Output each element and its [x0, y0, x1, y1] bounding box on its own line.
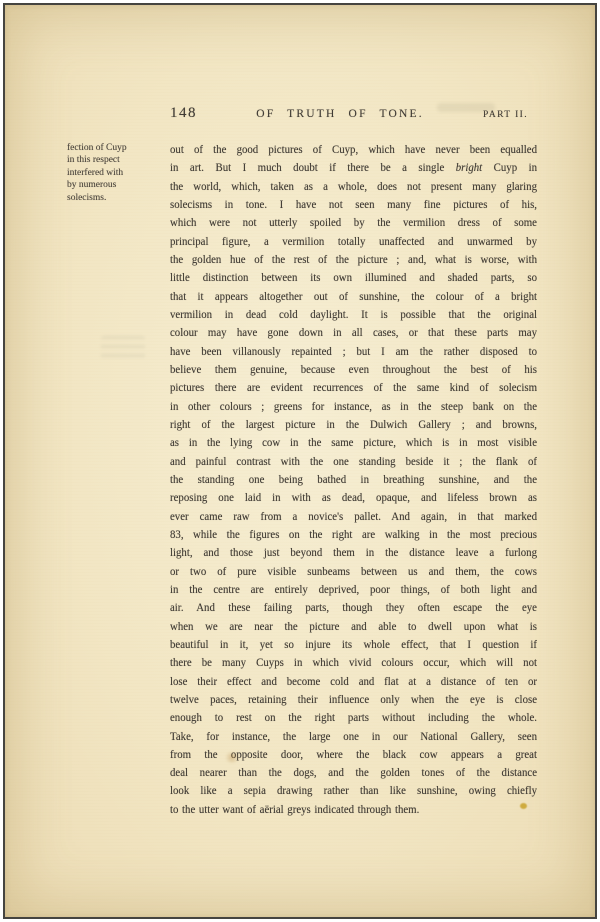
text-line: Take, for instance, the large one in our…	[170, 727, 537, 745]
text-line: right of the largest picture in the Dulw…	[170, 415, 537, 433]
text-line: vermilion in dead cold daylight. It is p…	[170, 305, 537, 323]
ink-showthrough-smudge	[101, 336, 145, 361]
text-line: ever came raw from a novice's pallet. An…	[170, 507, 537, 525]
text-line: or two of pure visible sunbeams between …	[170, 562, 537, 580]
text-line: believe them genuine, because even throu…	[170, 360, 537, 378]
text-line: little distinction between its own illum…	[170, 268, 537, 286]
text-line: light, and those just beyond them in the…	[170, 543, 537, 561]
text-line: and painful contrast with the one standi…	[170, 452, 537, 470]
text-line: lose their effect and become cold and fl…	[170, 672, 537, 690]
text-line: beautiful in it, yet so injure its whole…	[170, 635, 537, 653]
body-text: out of the good pictures of Cuyp, which …	[170, 140, 537, 818]
margin-note-line: in this respect	[67, 154, 167, 166]
text-line: look like a sepia drawing rather than li…	[170, 781, 537, 799]
text-line: have been villanously repainted ; but I …	[170, 342, 537, 360]
text-line: enough to rest on the right parts withou…	[170, 708, 537, 726]
page-surface: 148 OF TRUTH OF TONE. PART II. fection o…	[3, 3, 597, 919]
text-line: 83, while the figures on the right are w…	[170, 525, 537, 543]
text-line: deal nearer than the dogs, and the golde…	[170, 763, 537, 781]
text-line: pictures there are evident recurrences o…	[170, 378, 537, 396]
text-line: colour may have gone down in all cases, …	[170, 323, 537, 341]
text-line: reposing one laid in with as dead, opaqu…	[170, 488, 537, 506]
text-line: out of the good pictures of Cuyp, which …	[170, 140, 537, 158]
text-line: in other colours ; greens for instance, …	[170, 397, 537, 415]
text-line: principal figure, a vermilion totally un…	[170, 232, 537, 250]
text-line: the standing one being bathed in breathi…	[170, 470, 537, 488]
page-number: 148	[170, 105, 197, 122]
text-line: which were not utterly spoiled by the ve…	[170, 213, 537, 231]
text-line: in art. But I much doubt if there be a s…	[170, 158, 537, 176]
text-line: there be many Cuyps in which vivid colou…	[170, 653, 537, 671]
scanned-book-page: 148 OF TRUTH OF TONE. PART II. fection o…	[0, 0, 600, 922]
margin-note-line: solecisms.	[67, 192, 167, 204]
text-line: in the centre are entirely deprived, poo…	[170, 580, 537, 598]
text-line: twelve paces, retaining their influence …	[170, 690, 537, 708]
part-label: PART II.	[483, 110, 528, 120]
text-line: air. And these failing parts, though the…	[170, 598, 537, 616]
margin-note: fection of Cuypin this respectinterfered…	[67, 142, 167, 204]
margin-note-line: by numerous	[67, 179, 167, 191]
body-text-column: out of the good pictures of Cuyp, which …	[170, 140, 537, 818]
text-line: when we are near the picture and able to…	[170, 617, 537, 635]
margin-note-line: interfered with	[67, 167, 167, 179]
text-line: that it appears altogether out of sunshi…	[170, 287, 537, 305]
running-title: OF TRUTH OF TONE.	[197, 108, 483, 120]
text-line: solecisms in tone. I have not seen many …	[170, 195, 537, 213]
page-header: 148 OF TRUTH OF TONE. PART II.	[170, 105, 528, 122]
text-line: from the opposite door, where the black …	[170, 745, 537, 763]
margin-note-line: fection of Cuyp	[67, 142, 167, 154]
text-line: the golden hue of the rest of the pictur…	[170, 250, 537, 268]
text-line: the world, which, taken as a whole, does…	[170, 177, 537, 195]
text-line: as in the lying cow in the same picture,…	[170, 433, 537, 451]
text-line: to the utter want of aërial greys indica…	[170, 800, 537, 818]
